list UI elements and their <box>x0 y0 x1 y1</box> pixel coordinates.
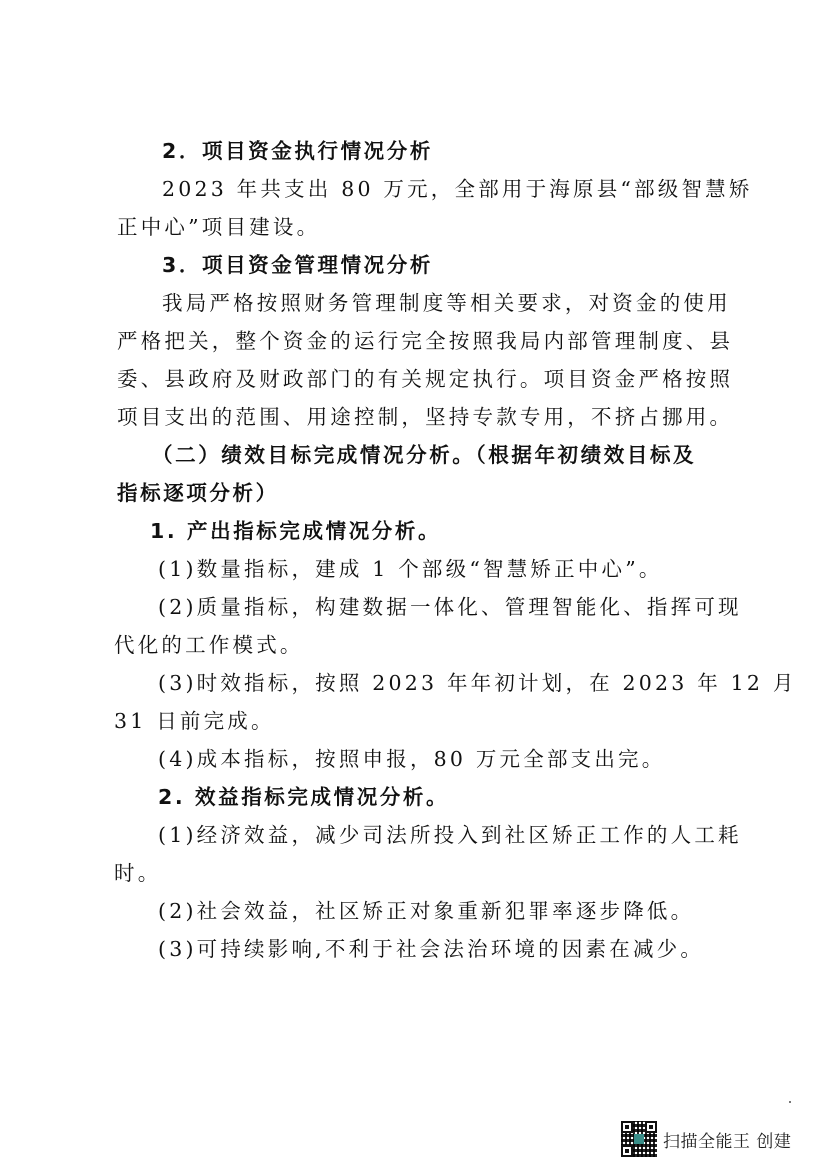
paragraph-line: 代化的工作模式。 <box>114 632 704 658</box>
paragraph-line: 31 日前完成。 <box>114 708 704 734</box>
paragraph-line: (3)时效指标，按照 2023 年年初计划，在 2023 年 12 月 <box>158 670 748 696</box>
paragraph-line: 项目支出的范围、用途控制，坚持专款专用，不挤占挪用。 <box>117 404 707 430</box>
heading-benefit-indicators: 2. 效益指标完成情况分析。 <box>158 784 748 810</box>
heading-performance-goals-cont: 指标逐项分析） <box>117 480 707 506</box>
paragraph-line: (1)数量指标，建成 1 个部级“智慧矫正中心”。 <box>158 556 748 582</box>
paragraph-line: (2)社会效益，社区矫正对象重新犯罪率逐步降低。 <box>158 898 748 924</box>
paragraph-line: (1)经济效益，减少司法所投入到社区矫正工作的人工耗 <box>158 822 748 848</box>
paragraph-line: (4)成本指标，按照申报，80 万元全部支出完。 <box>158 746 748 772</box>
heading-output-indicators: 1. 产出指标完成情况分析。 <box>150 518 740 544</box>
heading-fund-management: 3．项目资金管理情况分析 <box>162 252 752 278</box>
paragraph-line: 我局严格按照财务管理制度等相关要求，对资金的使用 <box>162 290 752 316</box>
paragraph-line: 时。 <box>114 860 704 886</box>
watermark-label: 扫描全能王 创建 <box>663 1127 791 1152</box>
heading-performance-goals: （二）绩效目标完成情况分析。（根据年初绩效目标及 <box>152 442 742 468</box>
scan-speck <box>789 1101 791 1103</box>
scanner-watermark: 扫描全能王 创建 <box>621 1121 791 1157</box>
paragraph-line: 正中心”项目建设。 <box>117 214 707 240</box>
document-page: 2．项目资金执行情况分析 2023 年共支出 80 万元，全部用于海原县“部级智… <box>0 0 826 1169</box>
heading-fund-execution: 2．项目资金执行情况分析 <box>162 138 752 164</box>
paragraph-line: (2)质量指标，构建数据一体化、管理智能化、指挥可现 <box>158 594 748 620</box>
paragraph-line: 委、县政府及财政部门的有关规定执行。项目资金严格按照 <box>117 366 707 392</box>
paragraph-line: (3)可持续影响,不利于社会法治环境的因素在减少。 <box>158 936 748 962</box>
paragraph-line: 2023 年共支出 80 万元，全部用于海原县“部级智慧矫 <box>162 176 752 202</box>
paragraph-line: 严格把关，整个资金的运行完全按照我局内部管理制度、县 <box>117 328 707 354</box>
qr-code-icon <box>621 1121 657 1157</box>
